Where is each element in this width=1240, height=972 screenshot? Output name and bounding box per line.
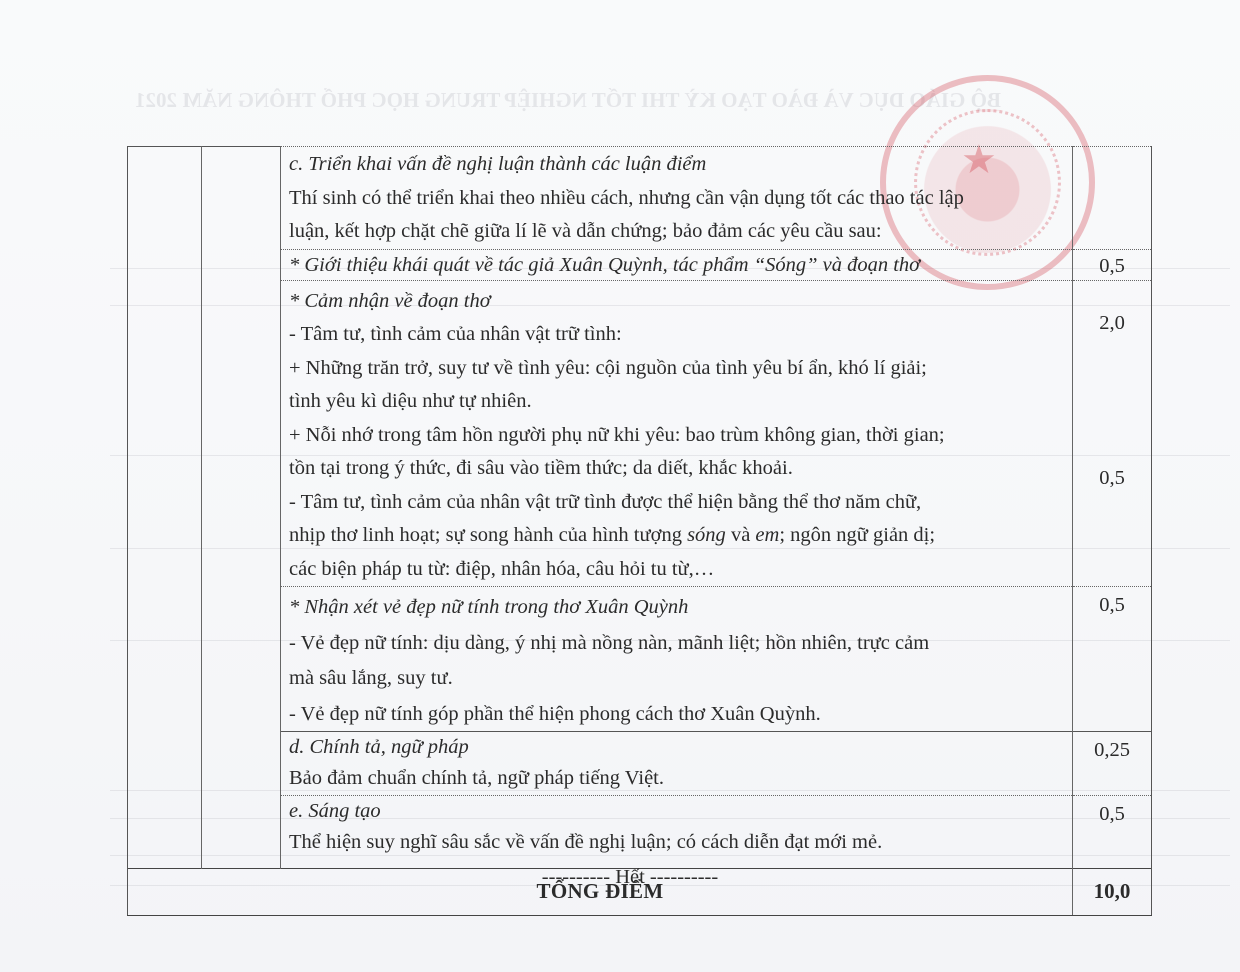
intro-item-heading: * Giới thiệu khái quát về tác giả Xuân Q… xyxy=(289,250,1066,280)
beauty-line: mà sâu lắng, suy tư. xyxy=(289,660,1066,696)
beauty-line: - Vẻ đẹp nữ tính góp phần thể hiện phong… xyxy=(289,696,1066,732)
section-d-score: 0,25 xyxy=(1073,732,1152,796)
section-e-score: 0,5 xyxy=(1073,796,1152,869)
scanned-page: BỘ GIÁO DỤC VÀ ĐÀO TẠO KỲ THI TỐT NGHIỆP… xyxy=(0,0,1240,972)
col-question-part xyxy=(202,147,281,869)
section-e-cell: e. Sáng tạo Thể hiện suy nghĩ sâu sắc về… xyxy=(281,796,1073,869)
section-d-heading: d. Chính tả, ngữ pháp xyxy=(289,732,1066,763)
section-c-intro-line: luận, kết hợp chặt chẽ giữa lí lẽ và dẫn… xyxy=(289,215,1066,249)
section-e-heading: e. Sáng tạo xyxy=(289,796,1066,827)
beauty-item-score: 0,5 xyxy=(1073,587,1152,732)
col-question-number xyxy=(128,147,202,869)
beauty-line: - Vẻ đẹp nữ tính: dịu dàng, ý nhị mà nồn… xyxy=(289,625,1066,661)
bleed-through-header: BỘ GIÁO DỤC VÀ ĐÀO TẠO KỲ THI TỐT NGHIỆP… xyxy=(135,88,1001,113)
section-c-score xyxy=(1073,147,1152,250)
table-row-section-d: d. Chính tả, ngữ pháp Bảo đảm chuẩn chín… xyxy=(128,732,1152,796)
section-c-cell: c. Triển khai vấn đề nghị luận thành các… xyxy=(281,147,1073,250)
feel-score-part1: 2,0 xyxy=(1073,281,1151,341)
feel-line: + Những trăn trở, suy tư về tình yêu: cộ… xyxy=(289,352,1066,386)
feel-line: tồn tại trong ý thức, đi sâu vào tiềm th… xyxy=(289,452,1066,486)
table-row-section-c: c. Triển khai vấn đề nghị luận thành các… xyxy=(128,147,1152,250)
feel-score-part2: 0,5 xyxy=(1073,340,1151,496)
feel-line: - Tâm tư, tình cảm của nhân vật trữ tình… xyxy=(289,318,1066,352)
table-row-feel: * Cảm nhận về đoạn thơ - Tâm tư, tình cả… xyxy=(128,280,1152,587)
feel-line: - Tâm tư, tình cảm của nhân vật trữ tình… xyxy=(289,486,1066,520)
table-row-section-e: e. Sáng tạo Thể hiện suy nghĩ sâu sắc về… xyxy=(128,796,1152,869)
intro-item-score: 0,5 xyxy=(1073,249,1152,280)
section-d-text: Bảo đảm chuẩn chính tả, ngữ pháp tiếng V… xyxy=(289,763,1066,794)
feel-line-mixed: nhịp thơ linh hoạt; sự song hành của hìn… xyxy=(289,519,1066,553)
feel-line: các biện pháp tu từ: điệp, nhân hóa, câu… xyxy=(289,553,1066,587)
feel-line: tình yêu kì diệu như tự nhiên. xyxy=(289,385,1066,419)
scoring-table: c. Triển khai vấn đề nghị luận thành các… xyxy=(127,146,1152,916)
beauty-item-heading: * Nhận xét vẻ đẹp nữ tính trong thơ Xuân… xyxy=(289,587,1066,625)
section-c-heading: c. Triển khai vấn đề nghị luận thành các… xyxy=(289,147,1066,182)
intro-item-cell: * Giới thiệu khái quát về tác giả Xuân Q… xyxy=(281,249,1073,280)
beauty-item-cell: * Nhận xét vẻ đẹp nữ tính trong thơ Xuân… xyxy=(281,587,1073,732)
section-c-intro-line: Thí sinh có thể triển khai theo nhiều cá… xyxy=(289,182,1066,216)
feel-line: + Nỗi nhớ trong tâm hồn người phụ nữ khi… xyxy=(289,419,1066,453)
section-e-text: Thể hiện suy nghĩ sâu sắc về vấn đề nghị… xyxy=(289,827,1066,858)
table-row-intro: * Giới thiệu khái quát về tác giả Xuân Q… xyxy=(128,249,1152,280)
total-score: 10,0 xyxy=(1073,869,1152,916)
feel-item-scores: 2,0 0,5 xyxy=(1073,280,1152,587)
section-d-cell: d. Chính tả, ngữ pháp Bảo đảm chuẩn chín… xyxy=(281,732,1073,796)
feel-item-cell: * Cảm nhận về đoạn thơ - Tâm tư, tình cả… xyxy=(281,280,1073,587)
table-row-beauty: * Nhận xét vẻ đẹp nữ tính trong thơ Xuân… xyxy=(128,587,1152,732)
end-marker: ---------- Hết ---------- xyxy=(400,866,860,889)
feel-item-heading: * Cảm nhận về đoạn thơ xyxy=(289,281,1066,319)
